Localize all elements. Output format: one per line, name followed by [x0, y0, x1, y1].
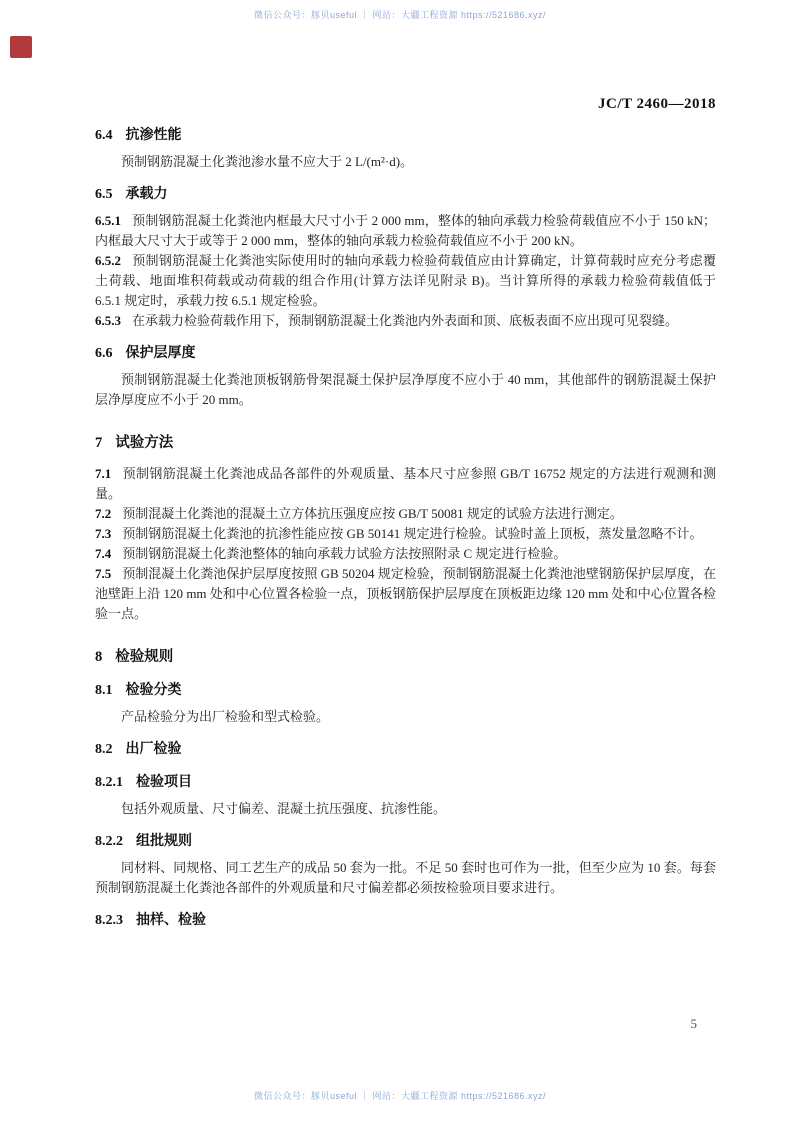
paragraph: 预制钢筋混凝土化粪池渗水量不应大于 2 L/(m²·d)。 — [95, 152, 716, 172]
numbered-clause: 7.4预制钢筋混凝土化粪池整体的轴向承载力试验方法按照附录 C 规定进行检验。 — [95, 544, 716, 564]
paragraph: 包括外观质量、尺寸偏差、混凝土抗压强度、抗渗性能。 — [95, 799, 716, 819]
clause-heading: 8.2出厂检验 — [95, 739, 716, 760]
paragraph: 产品检验分为出厂检验和型式检验。 — [95, 707, 716, 727]
clause-heading: 8.2.3抽样、检验 — [95, 910, 716, 931]
numbered-clause: 6.5.2预制钢筋混凝土化粪池实际使用时的轴向承载力检验荷载值应由计算确定，计算… — [95, 251, 716, 311]
watermark-top: 微信公众号：豚贝useful ｜ 网站：大疆工程资源 https://52168… — [0, 8, 800, 21]
page-number: 5 — [691, 1016, 698, 1032]
numbered-clause: 7.2预制混凝土化粪池的混凝土立方体抗压强度应按 GB/T 50081 规定的试… — [95, 504, 716, 524]
clause-heading: 6.6保护层厚度 — [95, 343, 716, 364]
watermark-bottom: 微信公众号：豚贝useful ｜ 网站：大疆工程资源 https://52168… — [0, 1089, 800, 1102]
numbered-clause: 6.5.1预制钢筋混凝土化粪池内框最大尺寸小于 2 000 mm，整体的轴向承载… — [95, 211, 716, 251]
paragraph: 预制钢筋混凝土化粪池顶板钢筋骨架混凝土保护层净厚度不应小于 40 mm，其他部件… — [95, 370, 716, 410]
clause-heading: 8.2.2组批规则 — [95, 831, 716, 852]
document-body: JC/T 2460—2018 6.4抗渗性能预制钢筋混凝土化粪池渗水量不应大于 … — [95, 96, 716, 937]
document-page: 微信公众号：豚贝useful ｜ 网站：大疆工程资源 https://52168… — [0, 0, 800, 1123]
chapter-heading: 8检验规则 — [95, 646, 716, 668]
numbered-clause: 7.5预制混凝土化粪池保护层厚度按照 GB 50204 规定检验，预制钢筋混凝土… — [95, 564, 716, 624]
doc-number-header: JC/T 2460—2018 — [95, 96, 716, 113]
numbered-clause: 7.1预制钢筋混凝土化粪池成品各部件的外观质量、基本尺寸应参照 GB/T 167… — [95, 464, 716, 504]
clause-heading: 6.4抗渗性能 — [95, 125, 716, 146]
paragraph: 同材料、同规格、同工艺生产的成品 50 套为一批。不足 50 套时也可作为一批，… — [95, 858, 716, 898]
numbered-clause: 6.5.3在承载力检验荷载作用下，预制钢筋混凝土化粪池内外表面和顶、底板表面不应… — [95, 311, 716, 331]
chapter-heading: 7试验方法 — [95, 432, 716, 454]
clause-heading: 6.5承载力 — [95, 184, 716, 205]
clause-heading: 8.1检验分类 — [95, 680, 716, 701]
stamp-square — [10, 36, 32, 58]
numbered-clause: 7.3预制钢筋混凝土化粪池的抗渗性能应按 GB 50141 规定进行检验。试验时… — [95, 524, 716, 544]
clause-heading: 8.2.1检验项目 — [95, 772, 716, 793]
